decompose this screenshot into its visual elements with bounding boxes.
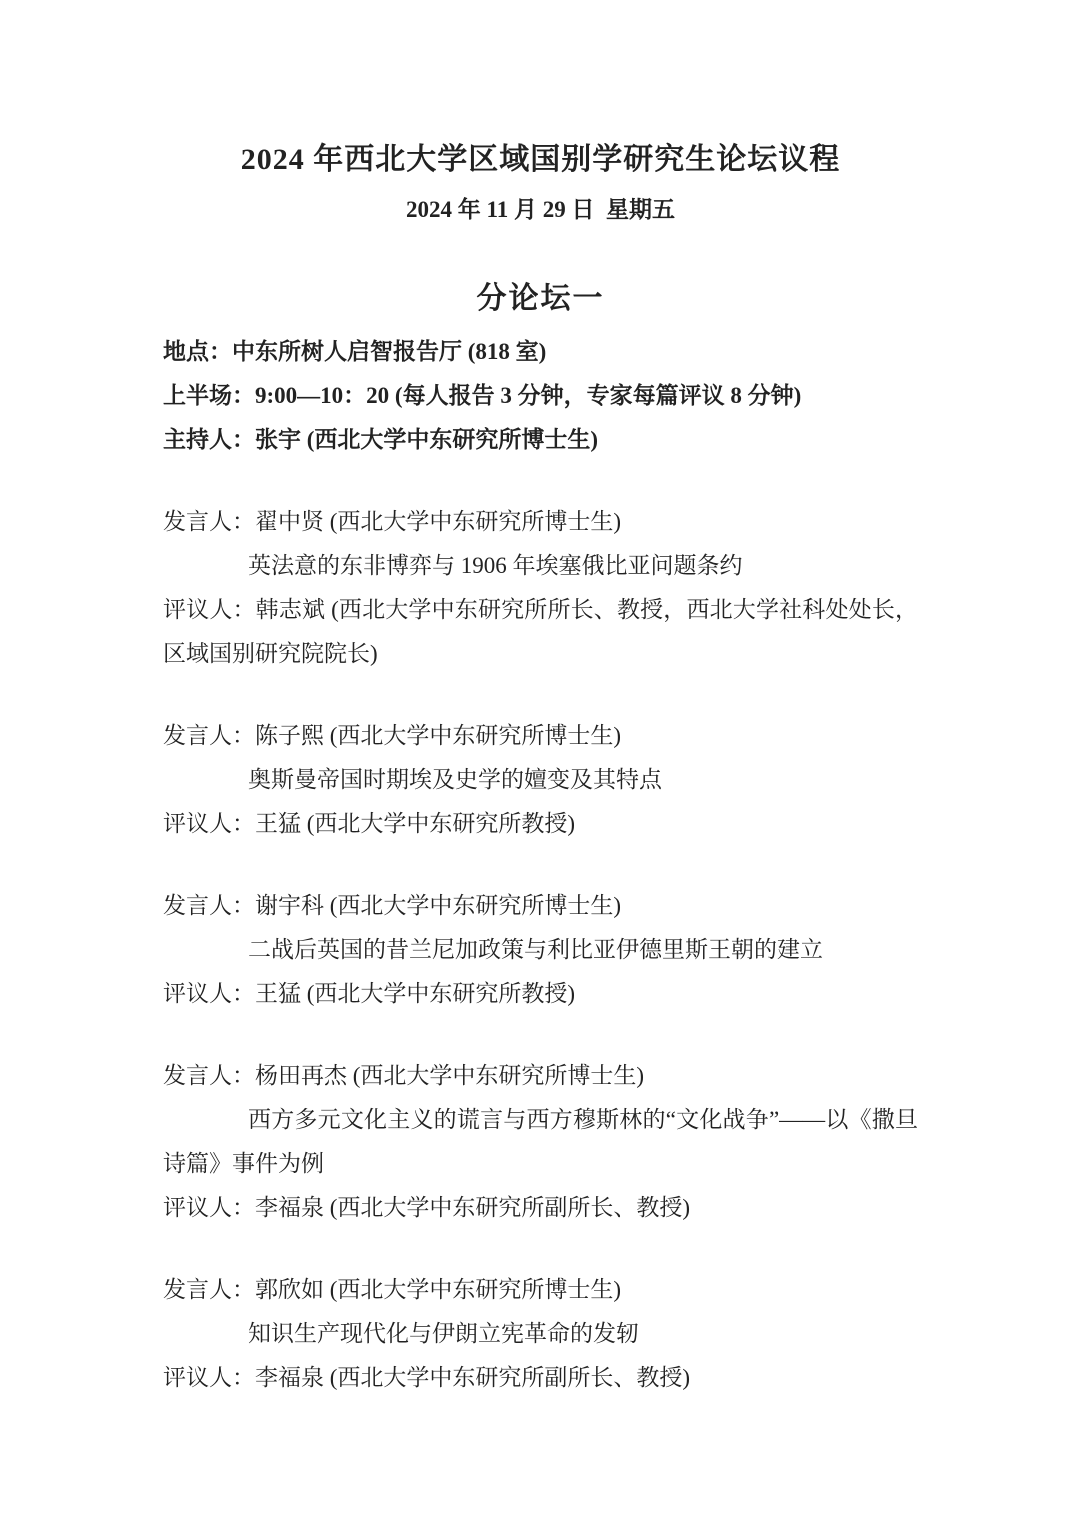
presentation-block: 发言人：谢宇科 (西北大学中东研究所博士生)二战后英国的昔兰尼加政策与利比亚伊德… xyxy=(163,884,918,1016)
reviewer-line: 评议人：王猛 (西北大学中东研究所教授) xyxy=(163,802,918,846)
presentation-list: 发言人：翟中贤 (西北大学中东研究所博士生)英法意的东非博弈与 1906 年埃塞… xyxy=(163,500,918,1400)
event-date: 2024 年 11 月 29 日 星期五 xyxy=(163,190,918,230)
speaker-line: 发言人：翟中贤 (西北大学中东研究所博士生) xyxy=(163,500,918,544)
session-info-line: 上半场：9:00—10：20 (每人报告 3 分钟，专家每篇评议 8 分钟) xyxy=(163,374,918,418)
speaker-line: 发言人：谢宇科 (西北大学中东研究所博士生) xyxy=(163,884,918,928)
reviewer-line: 评议人：王猛 (西北大学中东研究所教授) xyxy=(163,972,918,1016)
speaker-line: 发言人：杨田再杰 (西北大学中东研究所博士生) xyxy=(163,1054,918,1098)
session-info: 地点：中东所树人启智报告厅 (818 室)上半场：9:00—10：20 (每人报… xyxy=(163,330,918,462)
paper-title: 西方多元文化主义的谎言与西方穆斯林的“文化战争”——以《撒旦诗篇》事件为例 xyxy=(163,1098,918,1186)
paper-title: 二战后英国的昔兰尼加政策与利比亚伊德里斯王朝的建立 xyxy=(163,928,918,972)
presentation-block: 发言人：杨田再杰 (西北大学中东研究所博士生)西方多元文化主义的谎言与西方穆斯林… xyxy=(163,1054,918,1230)
session-heading: 分论坛一 xyxy=(163,277,918,321)
paper-title: 知识生产现代化与伊朗立宪革命的发轫 xyxy=(163,1312,918,1356)
document-page: 2024 年西北大学区域国别学研究生论坛议程 2024 年 11 月 29 日 … xyxy=(0,0,1080,1527)
page-title: 2024 年西北大学区域国别学研究生论坛议程 xyxy=(163,138,918,182)
presentation-block: 发言人：陈子熙 (西北大学中东研究所博士生)奥斯曼帝国时期埃及史学的嬗变及其特点… xyxy=(163,714,918,846)
presentation-block: 发言人：郭欣如 (西北大学中东研究所博士生)知识生产现代化与伊朗立宪革命的发轫评… xyxy=(163,1268,918,1400)
speaker-line: 发言人：陈子熙 (西北大学中东研究所博士生) xyxy=(163,714,918,758)
session-info-line: 主持人：张宇 (西北大学中东研究所博士生) xyxy=(163,418,918,462)
session-info-line: 地点：中东所树人启智报告厅 (818 室) xyxy=(163,330,918,374)
speaker-line: 发言人：郭欣如 (西北大学中东研究所博士生) xyxy=(163,1268,918,1312)
paper-title: 英法意的东非博弈与 1906 年埃塞俄比亚问题条约 xyxy=(163,544,918,588)
reviewer-line: 评议人：韩志斌 (西北大学中东研究所所长、教授，西北大学社科处处长，区域国别研究… xyxy=(163,588,918,676)
reviewer-line: 评议人：李福泉 (西北大学中东研究所副所长、教授) xyxy=(163,1356,918,1400)
paper-title: 奥斯曼帝国时期埃及史学的嬗变及其特点 xyxy=(163,758,918,802)
presentation-block: 发言人：翟中贤 (西北大学中东研究所博士生)英法意的东非博弈与 1906 年埃塞… xyxy=(163,500,918,676)
reviewer-line: 评议人：李福泉 (西北大学中东研究所副所长、教授) xyxy=(163,1186,918,1230)
